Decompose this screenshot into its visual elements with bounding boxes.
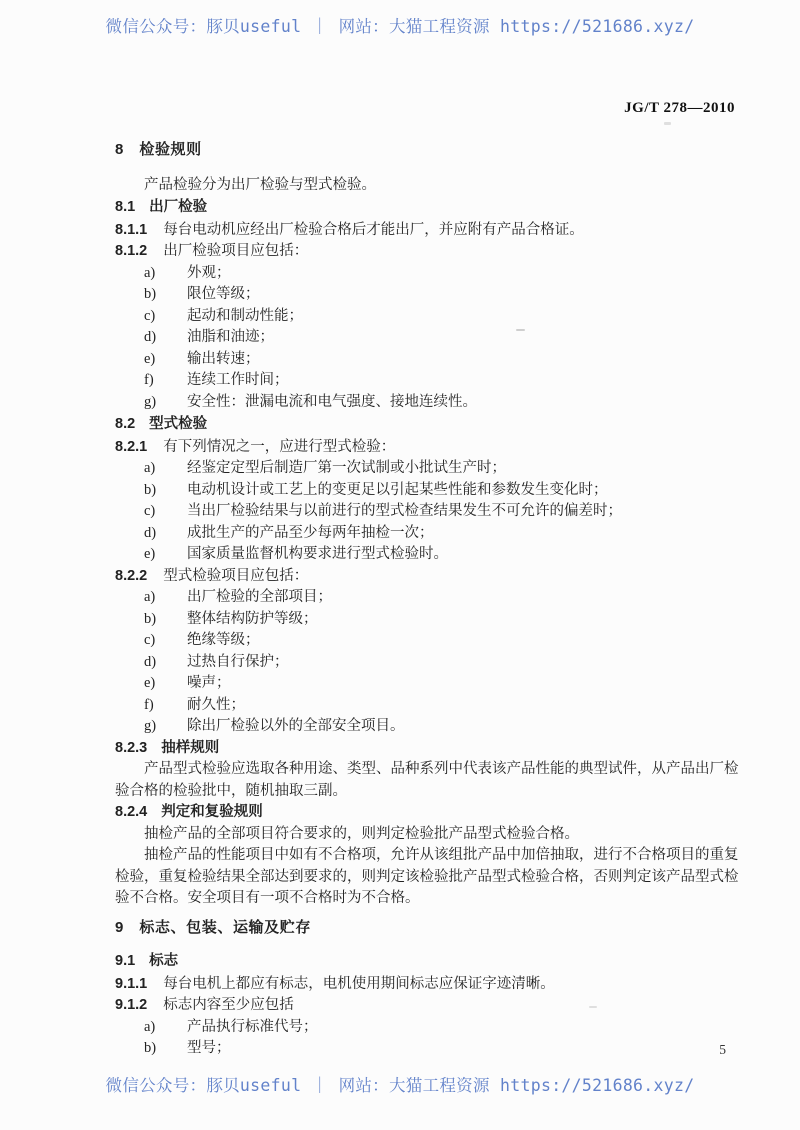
line-text: 判定和复验规则 [161,804,263,820]
clause-number: 8.2.1 [115,439,147,455]
clause: 8.2.1有下列情况之一，应进行型式检验： [115,437,739,459]
item-letter: d) [144,652,187,674]
item-letter: c) [144,306,187,328]
line-text: 当出厂检验结果与以前进行的型式检查结果发生不可允许的偏差时； [187,503,622,519]
subsection-heading: 8.2.3抽样规则 [115,738,739,760]
line-text: 产品检验分为出厂检验与型式检验。 [144,177,376,193]
line-text: 油脂和油迹； [187,329,274,345]
list-item: c)起动和制动性能； [115,306,739,328]
chapter-heading: 9标志、包装、运输及贮存 [115,917,739,940]
clause: 8.1.1每台电动机应经出厂检验合格后才能出厂，并应附有产品合格证。 [115,220,739,242]
paragraph: 产品检验分为出厂检验与型式检验。 [115,175,739,197]
list-item: d)过热自行保护； [115,652,739,674]
line-text: 起动和制动性能； [187,308,303,324]
item-letter: c) [144,630,187,652]
scan-artifact [664,122,671,125]
line-text: 抽样规则 [161,740,219,756]
item-letter: b) [144,480,187,502]
item-letter: a) [144,1017,187,1039]
line-text: 输出转速； [187,351,260,367]
item-letter: e) [144,544,187,566]
item-letter: g) [144,392,187,414]
line-text: 连续工作时间； [187,372,289,388]
list-item: b)整体结构防护等级； [115,609,739,631]
item-letter: g) [144,716,187,738]
line-text: 每台电动机应经出厂检验合格后才能出厂，并应附有产品合格证。 [163,222,584,238]
paragraph: 产品型式检验应选取各种用途、类型、品种系列中代表该产品性能的典型试件，从产品出厂… [115,759,739,802]
clause: 9.1.2标志内容至少应包括 [115,995,739,1017]
line-text: 外观； [187,265,231,281]
line-text: 出厂检验 [149,199,207,215]
clause-number: 8.1.2 [115,243,147,259]
line-text: 有下列情况之一，应进行型式检验： [163,439,395,455]
line-text: 过热自行保护； [187,654,289,670]
clause: 9.1.1每台电机上都应有标志，电机使用期间标志应保证字迹清晰。 [115,974,739,996]
item-letter: b) [144,284,187,306]
section-heading: 9.1标志 [115,951,739,973]
list-item: d)成批生产的产品至少每两年抽检一次； [115,523,739,545]
list-item: g)除出厂检验以外的全部安全项目。 [115,716,739,738]
line-text: 除出厂检验以外的全部安全项目。 [187,718,405,734]
item-letter: f) [144,370,187,392]
line-text: 限位等级； [187,286,260,302]
subsection-heading: 8.2.4判定和复验规则 [115,802,739,824]
line-text: 安全性：泄漏电流和电气强度、接地连续性。 [187,394,477,410]
list-item: b)型号； [115,1038,739,1060]
line-text: 型号； [187,1040,231,1056]
item-letter: a) [144,263,187,285]
clause-number: 8.1.1 [115,222,147,238]
chapter-heading: 8检验规则 [115,139,739,162]
document-page: 微信公众号：豚贝useful ｜ 网站：大猫工程资源 https://52168… [0,0,800,1130]
list-item: a)出厂检验的全部项目； [115,587,739,609]
clause: 8.1.2出厂检验项目应包括： [115,241,739,263]
clause-number: 9.1.2 [115,997,147,1013]
page-number: 5 [719,1042,726,1058]
section-heading: 8.2型式检验 [115,414,739,436]
list-item: g)安全性：泄漏电流和电气强度、接地连续性。 [115,392,739,414]
list-item: a)产品执行标准代号； [115,1017,739,1039]
line-text: 绝缘等级； [187,632,260,648]
list-item: b)电动机设计或工艺上的变更足以引起某些性能和参数发生变化时； [115,480,739,502]
item-letter: d) [144,327,187,349]
list-item: d)油脂和油迹； [115,327,739,349]
paragraph: 抽检产品的性能项目中如有不合格项，允许从该组批产品中加倍抽取，进行不合格项目的重… [115,845,739,910]
line-text: 电动机设计或工艺上的变更足以引起某些性能和参数发生变化时； [187,482,608,498]
list-item: a)经鉴定定型后制造厂第一次试制或小批试生产时； [115,458,739,480]
item-letter: d) [144,523,187,545]
line-text: 抽检产品的性能项目中如有不合格项，允许从该组批产品中加倍抽取，进行不合格项目的重… [115,847,739,906]
item-letter: b) [144,609,187,631]
line-text: 每台电机上都应有标志，电机使用期间标志应保证字迹清晰。 [163,976,555,992]
clause-number: 8.2.3 [115,740,147,756]
line-text: 出厂检验项目应包括： [163,243,308,259]
line-text: 标志、包装、运输及贮存 [139,919,311,936]
list-item: e)输出转速； [115,349,739,371]
clause-number: 8 [115,141,123,158]
line-text: 整体结构防护等级； [187,611,318,627]
clause-number: 9.1.1 [115,976,147,992]
line-text: 检验规则 [139,141,201,158]
watermark-bottom: 微信公众号：豚贝useful ｜ 网站：大猫工程资源 https://52168… [0,1072,800,1096]
line-text: 型式检验 [149,416,207,432]
clause-number: 9.1 [115,953,135,969]
line-text: 产品型式检验应选取各种用途、类型、品种系列中代表该产品性能的典型试件，从产品出厂… [115,761,739,799]
line-text: 耐久性； [187,697,245,713]
line-text: 经鉴定定型后制造厂第一次试制或小批试生产时； [187,460,506,476]
doc-number: JG/T 278—2010 [624,100,735,117]
clause: 8.2.2型式检验项目应包括： [115,566,739,588]
watermark-top: 微信公众号：豚贝useful ｜ 网站：大猫工程资源 https://52168… [0,13,800,37]
item-letter: b) [144,1038,187,1060]
clause-number: 8.2 [115,416,135,432]
clause-number: 8.2.4 [115,804,147,820]
paragraph: 抽检产品的全部项目符合要求的，则判定检验批产品型式检验合格。 [115,824,739,846]
list-item: e)噪声； [115,673,739,695]
line-text: 产品执行标准代号； [187,1019,318,1035]
clause-number: 8.1 [115,199,135,215]
line-text: 型式检验项目应包括： [163,568,308,584]
line-text: 国家质量监督机构要求进行型式检验时。 [187,546,448,562]
list-item: b)限位等级； [115,284,739,306]
item-letter: a) [144,458,187,480]
document-body: 8检验规则产品检验分为出厂检验与型式检验。8.1出厂检验8.1.1每台电动机应经… [115,139,739,1060]
list-item: e)国家质量监督机构要求进行型式检验时。 [115,544,739,566]
line-text: 标志内容至少应包括 [163,997,294,1013]
item-letter: c) [144,501,187,523]
item-letter: e) [144,673,187,695]
item-letter: e) [144,349,187,371]
line-text: 噪声； [187,675,231,691]
list-item: f)连续工作时间； [115,370,739,392]
line-text: 成批生产的产品至少每两年抽检一次； [187,525,434,541]
item-letter: a) [144,587,187,609]
list-item: c)绝缘等级； [115,630,739,652]
list-item: a)外观； [115,263,739,285]
line-text: 抽检产品的全部项目符合要求的，则判定检验批产品型式检验合格。 [144,826,579,842]
section-heading: 8.1出厂检验 [115,197,739,219]
list-item: c)当出厂检验结果与以前进行的型式检查结果发生不可允许的偏差时； [115,501,739,523]
clause-number: 9 [115,919,123,936]
line-text: 出厂检验的全部项目； [187,589,332,605]
item-letter: f) [144,695,187,717]
clause-number: 8.2.2 [115,568,147,584]
line-text: 标志 [149,953,178,969]
list-item: f)耐久性； [115,695,739,717]
